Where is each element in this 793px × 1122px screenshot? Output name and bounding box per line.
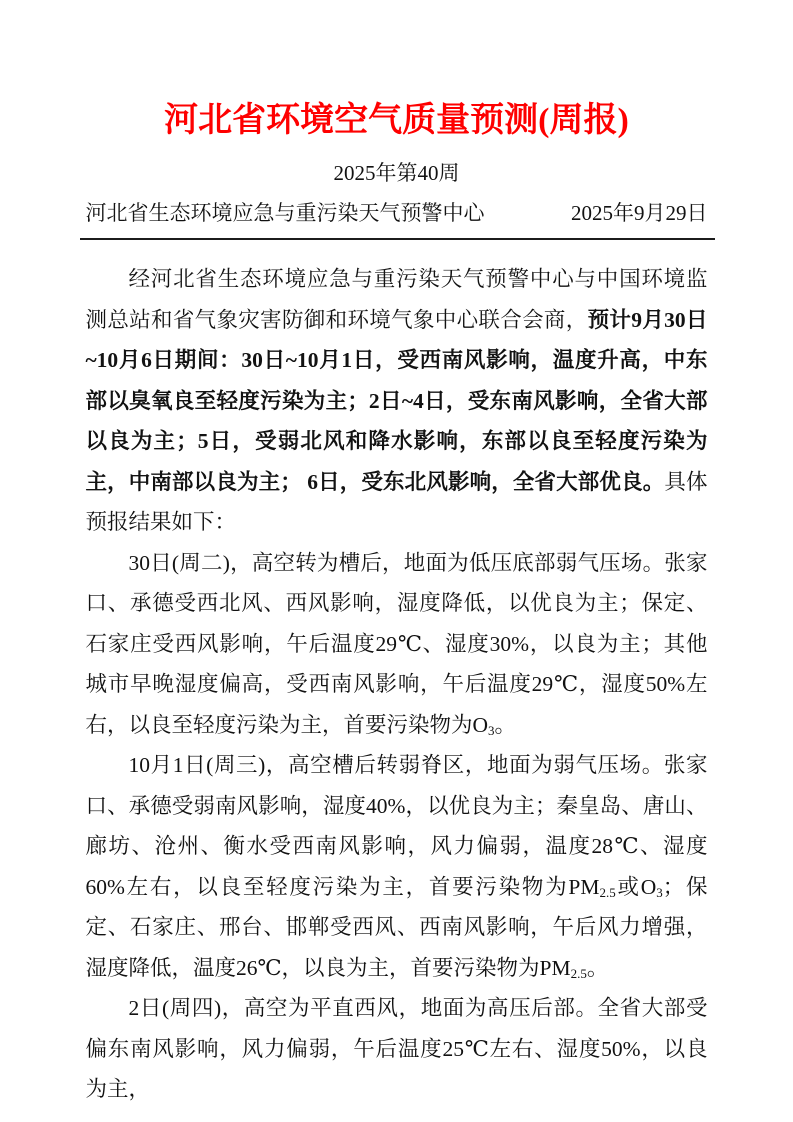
text-run: 10月1日(周三)，高空槽后转弱脊区，地面为弱气压场。张家口、承德受弱南风影响，… — [86, 753, 708, 899]
subscript-run: 2.5 — [571, 965, 587, 980]
header-divider — [80, 238, 715, 240]
issue-date: 2025年9月29日 — [571, 199, 708, 227]
text-run: 预计9月30日~10月6日期间：30日~10月1日，受西南风影响，温度升高，中东… — [86, 308, 708, 494]
issuer-row: 河北省生态环境应急与重污染天气预警中心 2025年9月29日 — [86, 199, 708, 227]
text-run: 30日(周二)，高空转为槽后，地面为低压底部弱气压场。张家口、承德受西北风、西风… — [86, 551, 708, 737]
text-run: 。 — [495, 713, 517, 737]
text-run: 2日(周四)，高空为平直西风，地面为高压后部。全省大部受偏东南风影响，风力偏弱，… — [86, 996, 708, 1101]
issuer-name: 河北省生态环境应急与重污染天气预警中心 — [86, 199, 485, 227]
document-body: 经河北省生态环境应急与重污染天气预警中心与中国环境监测总站和省气象灾害防御和环境… — [86, 259, 708, 1110]
document-title: 河北省环境空气质量预测(周报) — [86, 99, 708, 143]
text-run: 或O — [616, 875, 657, 899]
document-page: 河北省环境空气质量预测(周报) 2025年第40周 河北省生态环境应急与重污染天… — [86, 0, 708, 1110]
text-run: 。 — [587, 956, 609, 980]
week-label: 2025年第40周 — [86, 159, 708, 187]
paragraph: 2日(周四)，高空为平直西风，地面为高压后部。全省大部受偏东南风影响，风力偏弱，… — [86, 988, 708, 1110]
subscript-run: 2.5 — [599, 884, 615, 899]
paragraph: 10月1日(周三)，高空槽后转弱脊区，地面为弱气压场。张家口、承德受弱南风影响，… — [86, 745, 708, 988]
document-page-background: { "document": { "title": "河北省环境空气质量预测(周报… — [0, 0, 793, 1122]
paragraph: 经河北省生态环境应急与重污染天气预警中心与中国环境监测总站和省气象灾害防御和环境… — [86, 259, 708, 543]
paragraph: 30日(周二)，高空转为槽后，地面为低压底部弱气压场。张家口、承德受西北风、西风… — [86, 543, 708, 746]
